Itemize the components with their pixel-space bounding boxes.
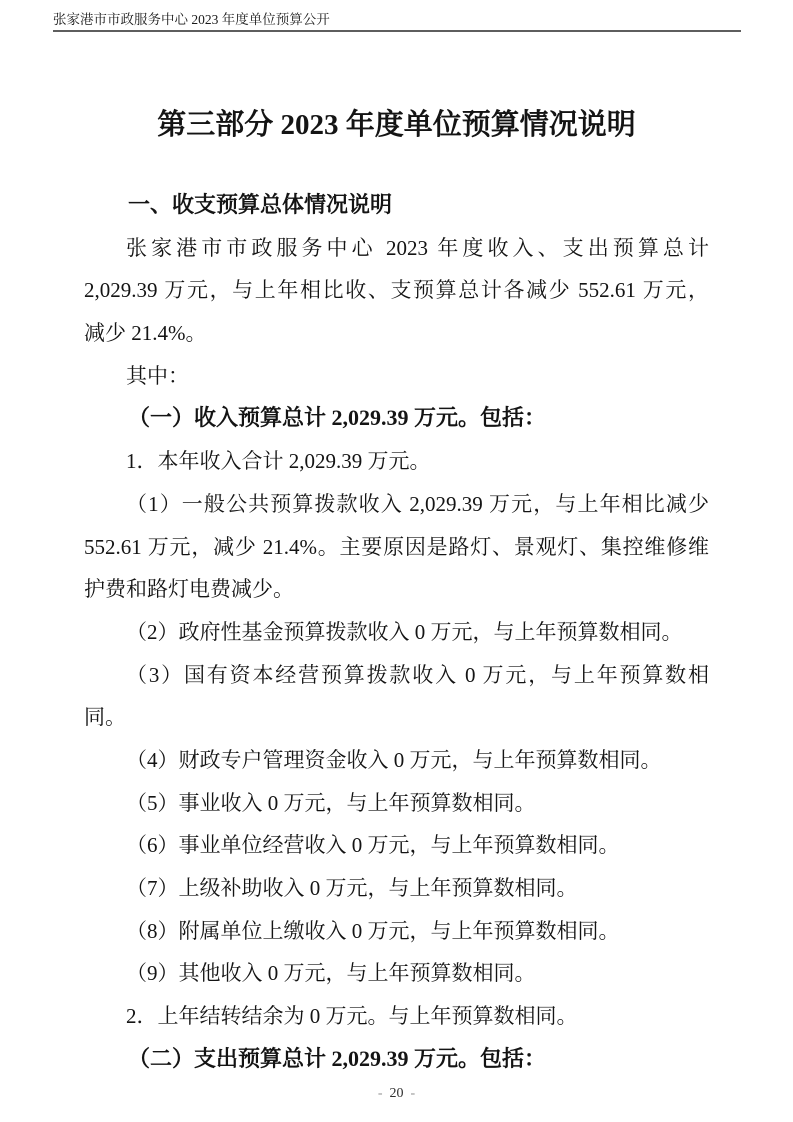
paragraph-line: （6）事业单位经营收入 0 万元，与上年预算数相同。 <box>84 824 709 867</box>
paragraph-line: （3）国有资本经营预算拨款收入 0 万元，与上年预算数相 <box>84 654 709 697</box>
paragraph-line: 张家港市市政服务中心 2023 年度收入、支出预算总计 <box>84 227 709 270</box>
page-title: 第三部分 2023 年度单位预算情况说明 <box>0 102 793 148</box>
section-heading: 一、收支预算总体情况说明 <box>84 184 709 227</box>
paragraph-line: 552.61 万元，减少 21.4%。主要原因是路灯、景观灯、集控维修维 <box>84 526 709 569</box>
paragraph-line: 2．上年结转结余为 0 万元。与上年预算数相同。 <box>84 995 709 1038</box>
paragraph-line: （9）其他收入 0 万元，与上年预算数相同。 <box>84 952 709 995</box>
document-body: 一、收支预算总体情况说明 张家港市市政服务中心 2023 年度收入、支出预算总计… <box>84 184 709 1080</box>
document-page: 张家港市市政服务中心 2023 年度单位预算公开 第三部分 2023 年度单位预… <box>0 0 793 1122</box>
paragraph-line: 护费和路灯电费减少。 <box>84 568 709 611</box>
page-number: 20 <box>390 1086 404 1101</box>
paragraph-line: （4）财政专户管理资金收入 0 万元，与上年预算数相同。 <box>84 739 709 782</box>
paragraph-line: （1）一般公共预算拨款收入 2,029.39 万元，与上年相比减少 <box>84 483 709 526</box>
paragraph-line: （8）附属单位上缴收入 0 万元，与上年预算数相同。 <box>84 910 709 953</box>
paragraph-line: 同。 <box>84 696 709 739</box>
paragraph-line: 减少 21.4%。 <box>84 312 709 355</box>
paragraph-line: 2,029.39 万元，与上年相比收、支预算总计各减少 552.61 万元， <box>84 269 709 312</box>
subsection-heading: （二）支出预算总计 2,029.39 万元。包括： <box>84 1038 709 1081</box>
footer-dash-left: - <box>378 1086 383 1101</box>
paragraph-line: （7）上级补助收入 0 万元，与上年预算数相同。 <box>84 867 709 910</box>
paragraph-line: 其中： <box>84 355 709 398</box>
paragraph-line: （5）事业收入 0 万元，与上年预算数相同。 <box>84 782 709 825</box>
page-footer: -20- <box>0 1086 793 1102</box>
paragraph-line: （2）政府性基金预算拨款收入 0 万元，与上年预算数相同。 <box>84 611 709 654</box>
paragraph-line: 1．本年收入合计 2,029.39 万元。 <box>84 440 709 483</box>
subsection-heading: （一）收入预算总计 2,029.39 万元。包括： <box>84 397 709 440</box>
footer-dash-right: - <box>411 1086 416 1101</box>
page-header: 张家港市市政服务中心 2023 年度单位预算公开 <box>53 11 741 32</box>
